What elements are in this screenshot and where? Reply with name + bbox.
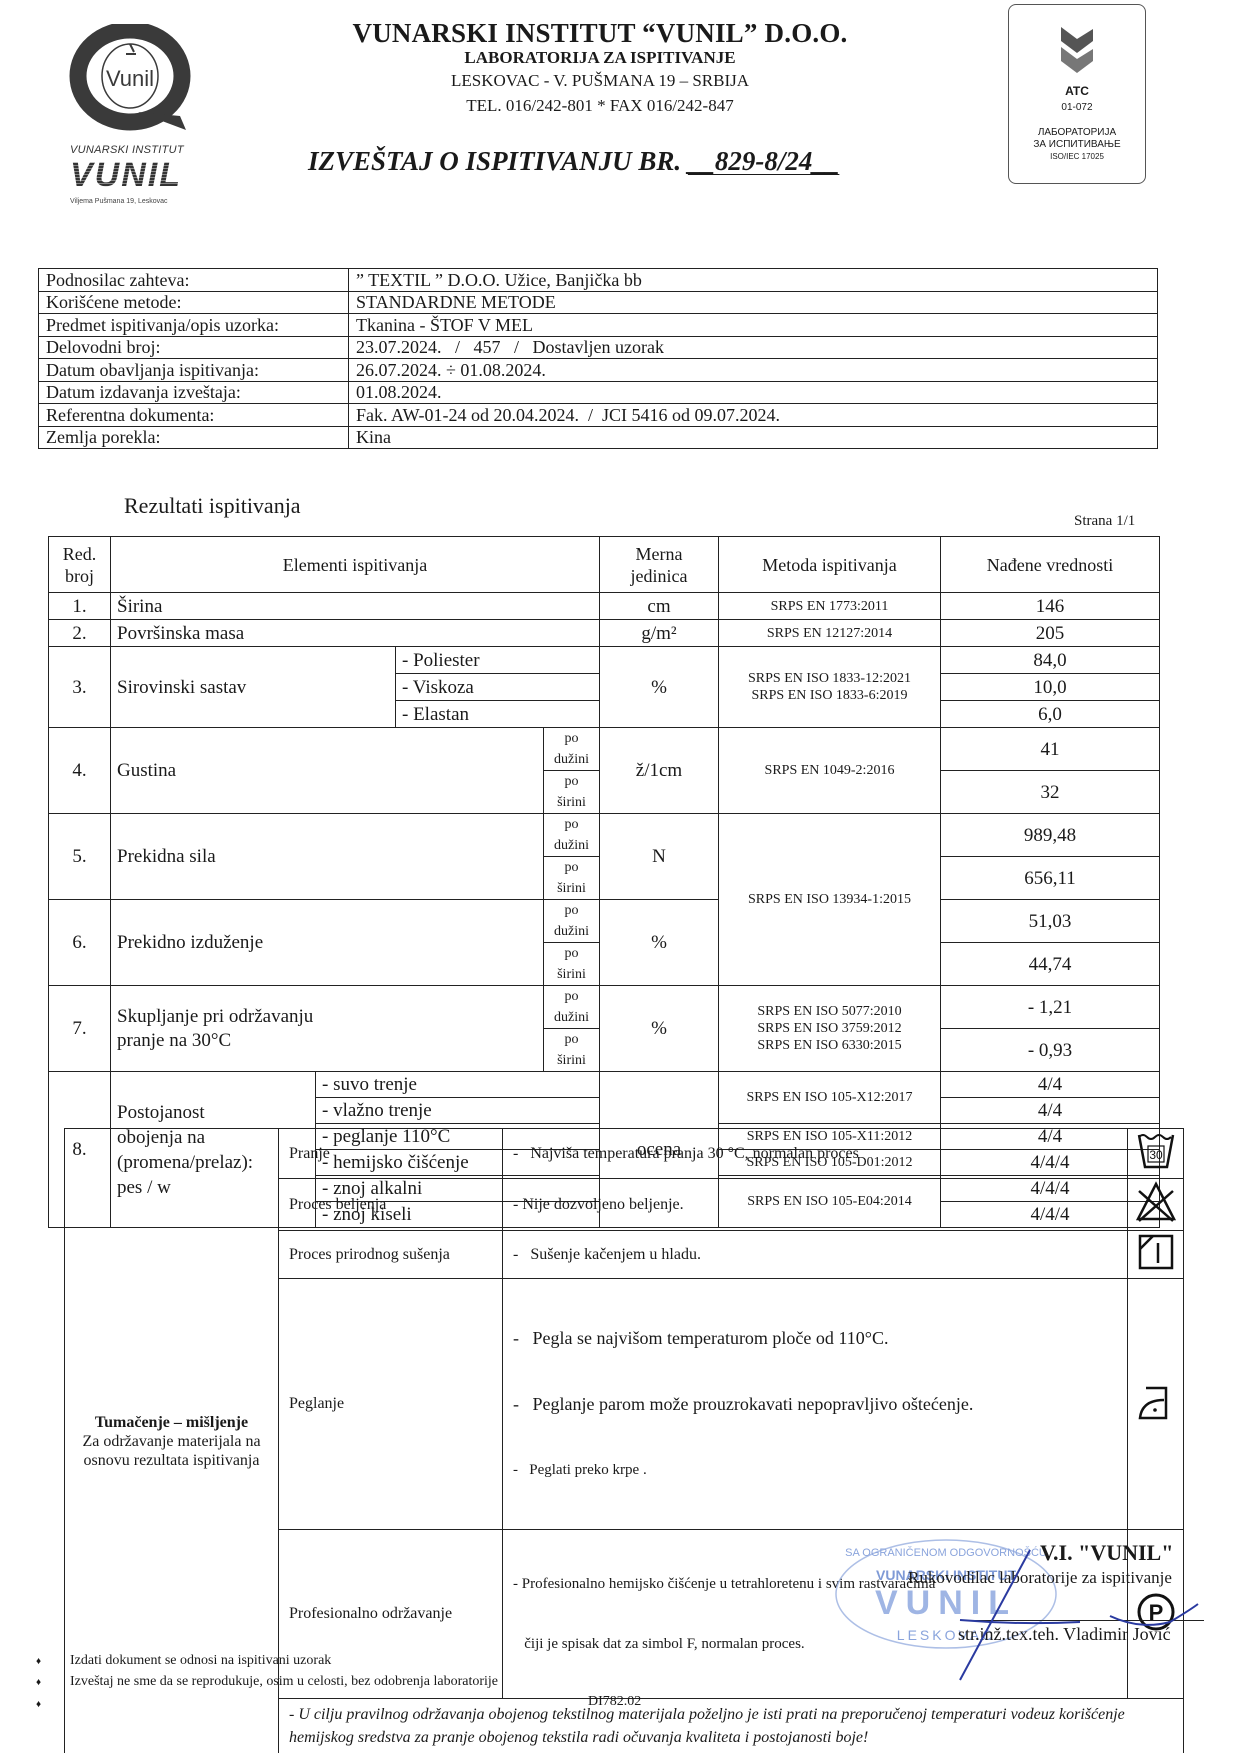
report-title: IZVEŠTAJ O ISPITIVANJU BR. __829-8/24__ (308, 146, 839, 177)
info-row: Delovodni broj:23.07.2024. / 457 / Dosta… (39, 336, 1158, 359)
q-logo-icon: Vunil (68, 24, 196, 134)
svg-text:Vunil: Vunil (106, 66, 154, 91)
wash-30-icon: 30 (1128, 1129, 1184, 1179)
no-bleach-icon (1128, 1179, 1184, 1231)
col-header-no: Red. broj (49, 537, 111, 593)
footer-note: ♦Izveštaj ne sme da se reprodukuje, osim… (36, 1674, 498, 1690)
table-row: 7. Skupljanje pri održavanjupranje na 30… (49, 986, 1160, 1029)
footer-note: ♦Izdati dokument se odnosi na ispitivani… (36, 1653, 331, 1669)
address: LESKOVAC - V. PUŠMANA 19 – SRBIJA (280, 71, 920, 91)
table-row: 6. Prekidno izduženje po dužini % 51,03 (49, 900, 1160, 943)
info-row: Korišćene metode:STANDARDNE METODE (39, 291, 1158, 314)
logo-wordmark: VUNIL (70, 156, 182, 195)
report-title-prefix: IZVEŠTAJ O ISPITIVANJU BR. (308, 146, 681, 176)
results-section-title: Rezultati ispitivanja (124, 493, 301, 519)
results-table: Red. broj Elementi ispitivanja Merna jed… (48, 536, 1160, 1228)
table-row: 3. Sirovinski sastav - Poliester % SRPS … (49, 647, 1160, 674)
page-indicator: Strana 1/1 (1074, 513, 1135, 530)
document-id: DI782.02 (588, 1694, 641, 1710)
logo-caption: VUNARSKI INSTITUT (70, 144, 184, 156)
col-header-element: Elementi ispitivanja (111, 537, 600, 593)
accreditation-badge: ATC 01-072 ЛАБОРАТОРИЈА ЗА ИСПИТИВАЊЕ IS… (1008, 4, 1146, 184)
table-row: 5. Prekidna sila po dužini N SRPS EN ISO… (49, 814, 1160, 857)
atc-line1: ЛАБОРАТОРИЈА (1009, 127, 1145, 139)
table-row: 1. Širina cm SRPS EN 1773:2011 146 (49, 593, 1160, 620)
line-dry-shade-icon (1128, 1231, 1184, 1279)
table-row: 2. Površinska masa g/m² SRPS EN 12127:20… (49, 620, 1160, 647)
info-row: Zemlja porekla:Kina (39, 426, 1158, 449)
svg-text:30: 30 (1149, 1148, 1163, 1162)
care-row: Tumačenje – mišljenje Za održavanje mate… (65, 1129, 1184, 1179)
atc-logo-icon (1057, 25, 1097, 77)
vunil-logo: Vunil VUNARSKI INSTITUT VUNIL Viljema Pu… (58, 18, 208, 198)
atc-line2: ЗА ИСПИТИВАЊЕ (1009, 139, 1145, 151)
table-row: 4. Gustina po dužini ž/1cm SRPS EN 1049-… (49, 728, 1160, 771)
iron-low-icon (1128, 1279, 1184, 1530)
results-header-row: Red. broj Elementi ispitivanja Merna jed… (49, 537, 1160, 593)
report-number: __829-8/24__ (688, 146, 840, 176)
footer-note: ♦ (36, 1696, 70, 1712)
info-row: Datum obavljanja ispitivanja:26.07.2024.… (39, 359, 1158, 382)
info-row: Datum izdavanja izveštaja:01.08.2024. (39, 381, 1158, 404)
table-row: 8. Postojanost obojenja na (promena/prel… (49, 1072, 1160, 1098)
request-info-table: Podnosilac zahteva:” TEXTIL ” D.O.O. Uži… (38, 268, 1158, 449)
atc-code: 01-072 (1009, 102, 1145, 113)
institute-name: VUNARSKI INSTITUT “VUNIL” D.O.O. (280, 18, 920, 49)
contacts: TEL. 016/242-801 * FAX 016/242-847 (280, 96, 920, 116)
col-header-value: Nađene vrednosti (941, 537, 1160, 593)
care-note: - U cilju pravilnog održavanja obojenog … (279, 1699, 1184, 1753)
handwritten-signature-icon (820, 1530, 1220, 1690)
logo-address: Viljema Pušmana 19, Leskovac (70, 198, 168, 205)
col-header-method: Metoda ispitivanja (719, 537, 941, 593)
info-row: Podnosilac zahteva:” TEXTIL ” D.O.O. Uži… (39, 269, 1158, 292)
info-row: Referentna dokumenta:Fak. AW-01-24 od 20… (39, 404, 1158, 427)
lab-name: LABORATORIJA ZA ISPITIVANJE (280, 48, 920, 68)
col-header-unit: Merna jedinica (600, 537, 719, 593)
atc-standard: ISO/IEC 17025 (1009, 151, 1145, 163)
atc-name: ATC (1009, 84, 1145, 98)
info-row: Predmet ispitivanja/opis uzorka:Tkanina … (39, 314, 1158, 337)
